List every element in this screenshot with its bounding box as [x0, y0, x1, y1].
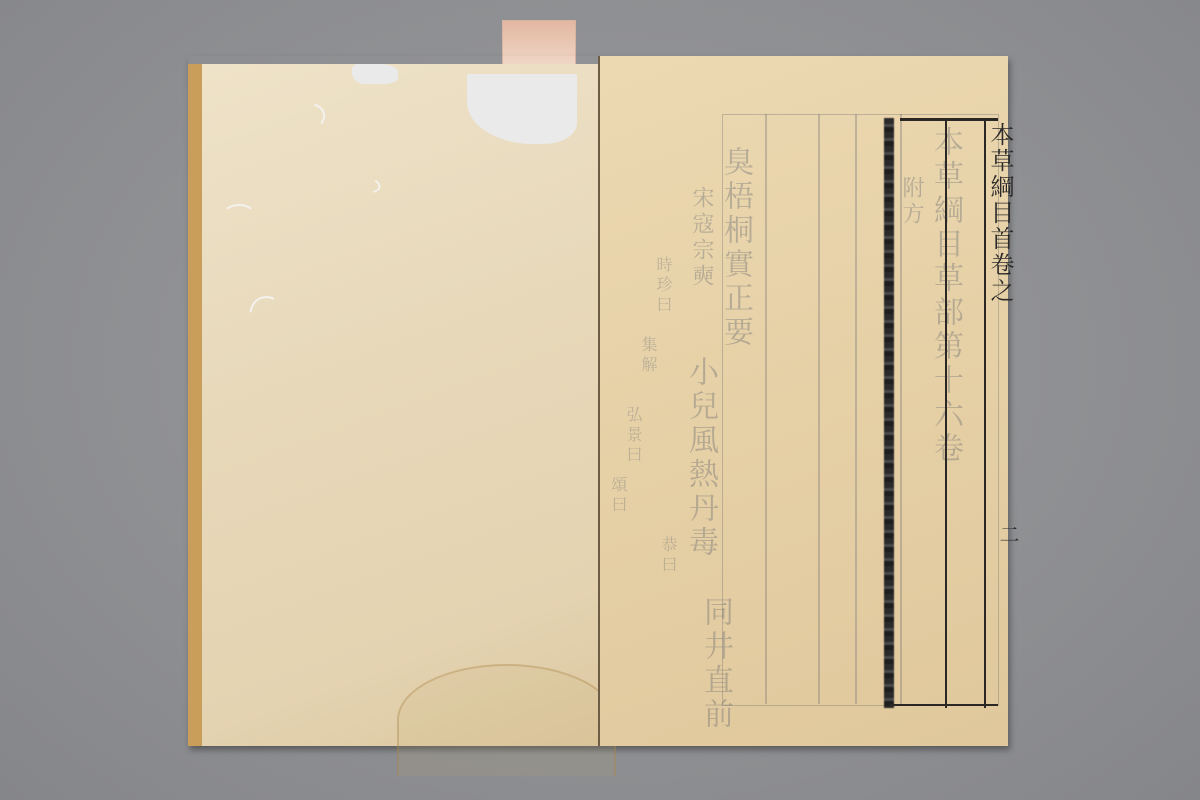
ink-rule	[945, 118, 947, 708]
book-title-column: 本草綱目首卷之	[988, 122, 1012, 304]
wormhole-mark	[268, 96, 330, 146]
ghost-annotation: 恭曰	[660, 536, 676, 576]
ghost-text-column: 同井直前	[700, 596, 730, 732]
open-book: 本草綱目草部第十六卷 附方 臭梧桐實正要 小兒風熱丹毒 宋寇宗奭 同井直前 時珍…	[188, 56, 1008, 746]
wormhole-mark	[222, 204, 256, 228]
ghost-annotation: 頌曰	[610, 476, 626, 516]
ghost-text-column: 臭梧桐實正要	[720, 146, 750, 350]
column-rule	[855, 114, 857, 704]
ghost-annotation: 時珍曰	[655, 256, 671, 316]
tear-mark	[352, 64, 398, 84]
column-rule	[818, 114, 820, 704]
ink-bleed-column	[884, 118, 894, 708]
ghost-text-column: 宋寇宗奭	[690, 186, 712, 290]
ghost-annotation: 集解	[640, 336, 656, 376]
wormhole-mark	[305, 163, 382, 199]
water-stain	[397, 664, 616, 776]
wormhole-mark	[239, 287, 309, 364]
ghost-text-column: 附方	[900, 176, 922, 228]
ghost-annotation: 弘景曰	[625, 406, 641, 466]
column-rule	[765, 114, 767, 704]
tear-mark	[467, 74, 577, 144]
right-page-printed: 本草綱目草部第十六卷 附方 臭梧桐實正要 小兒風熱丹毒 宋寇宗奭 同井直前 時珍…	[598, 56, 1008, 746]
ink-bottom-border	[890, 704, 998, 706]
ghost-text-column: 小兒風熱丹毒	[685, 356, 715, 560]
volume-number: 二	[994, 524, 1023, 544]
left-page-blank	[188, 64, 598, 746]
